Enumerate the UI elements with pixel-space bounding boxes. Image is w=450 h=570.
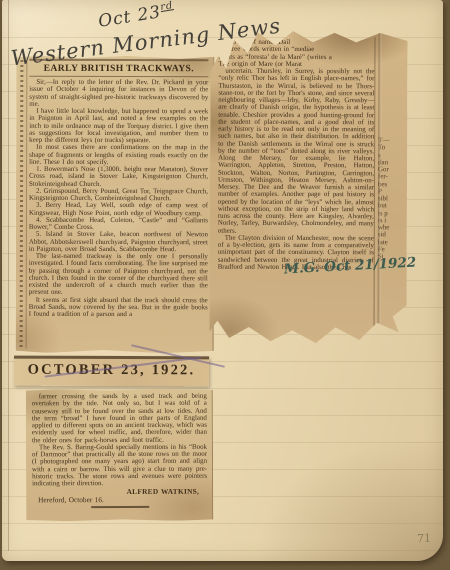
side-fragment: P bbox=[378, 188, 404, 195]
side-fragment: is i bbox=[378, 217, 404, 224]
place-names-paragraphs: uncertain. Thursley, in Surrey, is possi… bbox=[218, 68, 375, 272]
side-fragment: s bbox=[378, 152, 404, 159]
article-paragraph: In most cases there are confirmations on… bbox=[29, 144, 208, 166]
side-fragment: late bbox=[378, 239, 404, 246]
clipping-margin-print bbox=[17, 60, 28, 349]
side-fragment: sid bbox=[378, 231, 404, 238]
torn-fragment-line: of three words written in “mediae bbox=[218, 46, 374, 54]
article-paragraph: 2. Grimspound, Berry Pound, Great Tor, T… bbox=[29, 188, 208, 203]
torn-fragment-lines: and lovely of names Dailof three words w… bbox=[218, 39, 374, 69]
side-fragment: but bbox=[378, 202, 404, 209]
side-fragment: T— bbox=[378, 137, 404, 144]
article-paragraph: Sir,—In reply to the letter of the Rev. … bbox=[29, 79, 208, 108]
article-paragraph: It seems at first sight absurd that the … bbox=[29, 296, 208, 318]
side-fragment: Fe bbox=[378, 246, 404, 253]
article-signature-place: Hereford, October 16. bbox=[38, 495, 207, 503]
side-fragment: whe bbox=[378, 224, 404, 231]
clipping-place-names-article: and lovely of names Dailof three words w… bbox=[209, 28, 407, 344]
scrapbook-page: Oct 23rd Western Morning News EARLY BRIT… bbox=[2, 0, 443, 561]
article-paragraph: 5. Island in Stover Lake, beacon northwe… bbox=[29, 231, 208, 253]
right-clipping-main-column: and lovely of names Dailof three words w… bbox=[217, 37, 374, 340]
date-stamp-text: OCTOBER 23, 1922. bbox=[28, 362, 196, 380]
side-fragment: bes bbox=[378, 181, 404, 188]
article-paragraph: uncertain. Thursley, in Surrey, is possi… bbox=[218, 68, 375, 235]
side-fragment: dan bbox=[378, 159, 404, 166]
article-paragraph: The last-named trackway is the only one … bbox=[29, 253, 208, 297]
right-clipping-body: and lovely of names Dailof three words w… bbox=[217, 37, 404, 340]
article-end-rule bbox=[91, 506, 149, 508]
article-paragraph: farmer crossing the sands by a used trac… bbox=[32, 393, 207, 444]
side-fragment: Gor bbox=[378, 166, 404, 173]
left-clipping-body: EARLY BRITISH TRACKWAYS. Sir,—In reply t… bbox=[29, 59, 209, 351]
side-fragment: sibl bbox=[378, 195, 404, 202]
handwritten-date-main: Oct 23 bbox=[97, 2, 163, 32]
clipping-early-british-trackways: EARLY BRITISH TRACKWAYS. Sir,—In reply t… bbox=[16, 56, 215, 354]
side-fragment: To bbox=[378, 144, 404, 151]
side-fragment: is p bbox=[378, 210, 404, 217]
continuation-paragraphs: farmer crossing the sands by a used trac… bbox=[32, 393, 207, 488]
handwritten-date-suffix: rd bbox=[159, 0, 174, 13]
article-paragraph: 1. Bowerman's Nose (1,300ft. height near… bbox=[29, 166, 208, 188]
article-paragraph: 4. Scabbacombe Head, Coleton, “Castle” a… bbox=[29, 217, 208, 232]
page-number: 71 bbox=[417, 532, 431, 545]
article-paragraphs: Sir,—In reply to the letter of the Rev. … bbox=[29, 79, 209, 319]
clipping-article-continuation: farmer crossing the sands by a used trac… bbox=[26, 389, 213, 522]
side-fragment: fer- bbox=[378, 173, 404, 180]
article-paragraph: I have little local knowledge, but happe… bbox=[29, 108, 208, 145]
article-paragraph: 3. Berry Head, Lay Well, south edge of c… bbox=[29, 202, 208, 217]
article-paragraph: The Rev. S. Baring-Gould specially menti… bbox=[32, 443, 207, 487]
